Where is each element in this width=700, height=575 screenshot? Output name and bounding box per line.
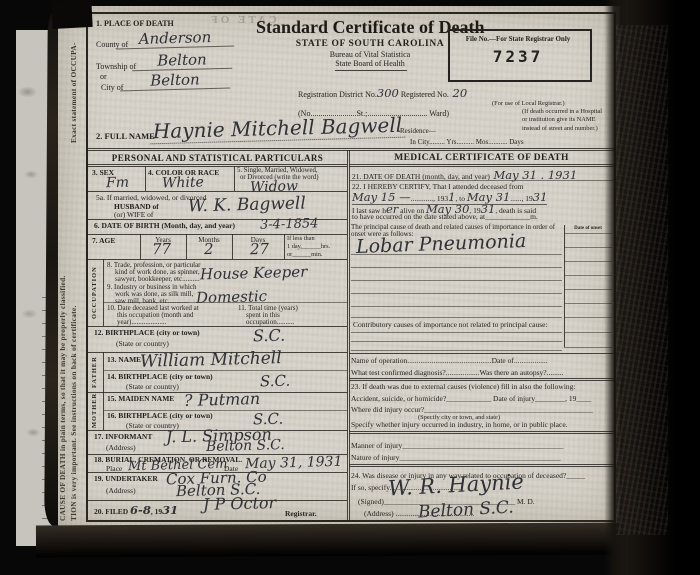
title-rule (335, 70, 407, 71)
external-top-rule-1 (349, 378, 614, 379)
margin-note-outer: CAUSE OF DEATH in plain terms, so that i… (58, 191, 67, 521)
place-of-death-label: 1. PLACE OF DEATH (96, 19, 174, 28)
birthplace14-subnote: (State or country) (126, 383, 179, 392)
filed-line: 20. FILED 6-8, 1931 (94, 503, 178, 517)
registration-line: Registration District No.300 Registered … (298, 86, 467, 100)
medical-title-rule-2 (349, 166, 614, 167)
accident-line: Accident, suicide, or homicide?_________… (351, 395, 591, 404)
birthplace12-value: S.C. (253, 326, 286, 346)
q24-top-rule-2 (349, 466, 614, 467)
dob-value: 3-4-1854 (260, 216, 319, 233)
certificate-form: 1. PLACE OF DEATH County of Anderson Tow… (86, 12, 616, 522)
father-name-label: 13. NAME (107, 356, 141, 365)
if-less-label-2: 1 day,______hrs. (287, 243, 330, 250)
file-box-label: File No.—For State Registrar Only (450, 35, 586, 43)
age-months-value: 2 (204, 240, 214, 258)
color-value: White (162, 174, 204, 191)
certificate-paper: CATE OF CAUSE OF DEATH in plain terms, s… (58, 6, 620, 526)
manner-top-rule-1 (349, 431, 614, 432)
operation-top-rule (349, 353, 614, 354)
birthplace16-label: 16. BIRTHPLACE (city or town) (107, 412, 213, 421)
if-less-label-3: or______min. (287, 251, 323, 258)
occupation-cell-divider (103, 259, 104, 326)
contrib-line-2 (351, 341, 562, 342)
father-cell-divider (103, 352, 104, 392)
margin-note-inner-top: Exact statement of OCCUPA- (69, 18, 78, 143)
certify-top-rule (349, 180, 614, 181)
external-top-rule-2 (349, 380, 614, 381)
q24-top-rule-1 (349, 464, 614, 465)
township-value: Belton (132, 50, 232, 72)
sex-value: Fm (106, 175, 129, 192)
father-name-value: William Mitchell (140, 348, 282, 372)
medical-section-title: MEDICAL CERTIFICATE OF DEATH (349, 153, 614, 164)
cause-line-5 (351, 306, 562, 307)
cause-line-2 (351, 267, 562, 268)
row5a-top-rule (88, 191, 347, 192)
operation-line: Name of operation.......................… (351, 357, 548, 366)
undertaker-label: 19. UNDERTAKER (94, 475, 158, 484)
physician-address-value: Belton S.C. (418, 498, 515, 523)
manner-top-rule-2 (349, 433, 614, 434)
scan-corner-shadow (51, 0, 92, 29)
or-label: or (100, 72, 107, 81)
township-label: Township of (96, 62, 136, 71)
header-divider-2 (88, 150, 614, 151)
test-line: What test confirmed diagnosis?..........… (351, 369, 563, 378)
age-years-value: 77 (152, 240, 172, 258)
file-number: 7237 (450, 48, 586, 66)
total-time-label-3: occupation.......... (246, 318, 294, 326)
birthplace12-subnote: (State or country) (116, 340, 169, 349)
informant-address-label: (Address) (106, 444, 136, 453)
cause-line-6 (351, 317, 562, 318)
last-worked-label-3: year).................... (117, 318, 166, 326)
nature-line: Nature of injury________________________… (351, 454, 561, 463)
header-divider-1 (88, 148, 614, 149)
binding-fabric-texture (616, 25, 668, 535)
hospital-note: (If death occurred in a Hospital or inst… (522, 108, 606, 133)
external-label: 23. If death was due to external causes … (351, 383, 576, 392)
page-curl-shadow (36, 522, 622, 557)
lastworked-top-rule (103, 302, 347, 303)
birthplace12-top-rule (88, 326, 347, 327)
cause-line-4 (351, 293, 562, 294)
occupation-vertical-label: OCCUPATION (91, 262, 98, 324)
trade-label-3: sawyer, bookkeeper, etc.......... (115, 275, 200, 283)
registrar-label: Registrar. (285, 510, 317, 519)
dob-label: 6. DATE OF BIRTH (Month, day, and year) (94, 222, 235, 231)
full-name-value: Haynie Mitchell Bagwell (150, 113, 406, 145)
personal-section-title: PERSONAL AND STATISTICAL PARTICULARS (88, 153, 347, 163)
city-value: Belton (120, 70, 230, 92)
maiden-name-value: ? Putman (184, 389, 261, 410)
contrib-line-1 (351, 332, 562, 333)
onset-column-divider (564, 225, 565, 347)
age-label: 7. AGE (92, 237, 115, 246)
cause-line-3 (351, 280, 562, 281)
age-days-value: 27 (250, 240, 270, 258)
color-cell-divider (234, 166, 235, 191)
manner-line: Manner of injury________________________… (351, 442, 564, 451)
birthplace12-label: 12. BIRTHPLACE (city or town) (94, 329, 200, 338)
informant-label: 17. INFORMANT (94, 433, 152, 442)
undertaker-address-label: (Address) (106, 487, 136, 496)
birthplace14-value: S.C. (260, 372, 291, 391)
informant-address-value: Belton S.C. (206, 437, 285, 455)
column-divider-1 (347, 150, 348, 520)
local-registrar-note: (For use of Local Registrar.) (492, 100, 565, 107)
age-div-4 (284, 234, 285, 259)
residence-label: Residence— (400, 127, 436, 135)
if-less-label-1: If less than (287, 235, 315, 242)
residence-line: In City......... Yrs.......... Mos......… (410, 138, 524, 146)
husband-value: W. K. Bagwell (188, 193, 306, 216)
specify-line: Specify whether injury occurred in indus… (351, 421, 568, 430)
birthplace14-top-rule (103, 370, 347, 371)
registrar-signature: J P Octor (203, 493, 277, 514)
margin-note-inner: TION is very important. See instructions… (69, 218, 78, 521)
file-number-box: File No.—For State Registrar Only 7237 (448, 29, 592, 82)
certify-line-4: to have occurred on the date stated abov… (352, 213, 538, 222)
county-value: Anderson (116, 27, 234, 49)
medical-title-rule-1 (349, 164, 614, 165)
personal-title-rule-1 (88, 164, 347, 165)
maiden-name-label: 15. MAIDEN NAME (107, 395, 174, 404)
trade-value: House Keeper (200, 263, 308, 284)
mother-vertical-label: MOTHER (91, 394, 98, 428)
occupation-top-rule (88, 259, 347, 260)
father-vertical-label: FATHER (91, 354, 98, 390)
birthplace14-label: 14. BIRTHPLACE (city or town) (107, 373, 213, 382)
sex-cell-divider (145, 166, 146, 191)
mother-cell-divider (103, 392, 104, 430)
contrib-line-3 (351, 350, 562, 351)
scanned-death-certificate: CATE OF CAUSE OF DEATH in plain terms, s… (0, 0, 700, 575)
full-name-label: 2. FULL NAME (96, 132, 155, 142)
contributory-label: Contributory causes of importance not re… (353, 321, 548, 330)
